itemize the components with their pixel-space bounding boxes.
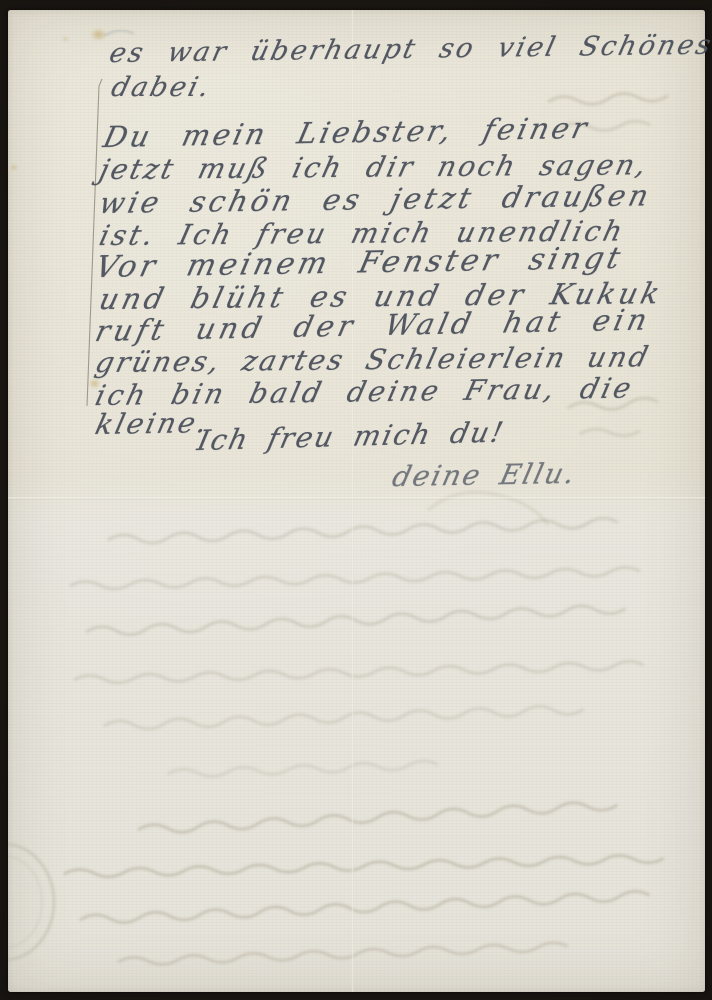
handwriting-line: es war überhaupt so viel Schönes <box>106 30 712 69</box>
stain <box>90 28 107 41</box>
faint-blue-mark <box>104 30 134 36</box>
handwriting-line: wie schön es jetzt draußen <box>96 178 655 220</box>
letter-page: es war überhaupt so viel Schönes dabei. … <box>8 10 705 992</box>
handwriting-line: kleine. <box>92 406 213 441</box>
stain <box>10 164 18 171</box>
handwriting-line: Ich freu mich du! <box>194 416 508 457</box>
signature-line: deine Ellu. <box>389 457 580 493</box>
embossed-seal <box>8 844 54 960</box>
stain <box>62 36 69 42</box>
scan-viewport: es war überhaupt so viel Schönes dabei. … <box>0 0 712 1000</box>
handwriting-line: Du mein Liebster, feiner <box>100 111 593 154</box>
handwriting-line: dabei. <box>108 72 215 103</box>
fold-line-horizontal <box>8 497 705 500</box>
